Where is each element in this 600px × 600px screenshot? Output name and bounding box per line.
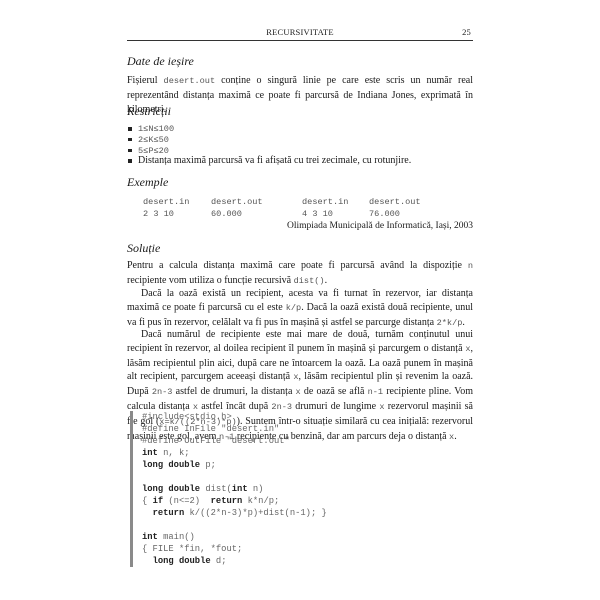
example1-input: desert.in 2 3 10 (143, 196, 189, 220)
restriction-item: 5≤P≤20 (127, 145, 411, 156)
restriction-item: 1≤N≤100 (127, 123, 411, 134)
text: de oază se află (301, 386, 368, 397)
code-line: int main() (142, 531, 482, 543)
heading-examples: Exemple (127, 175, 168, 190)
output-paragraph: Fișierul desert.out conține o singură li… (127, 74, 473, 116)
text: astfel de drumuri, la distanța (172, 386, 295, 397)
solution-paragraph-2: Dacă la oază există un recipient, acesta… (127, 287, 473, 330)
running-title: RECURSIVITATE (127, 27, 473, 37)
code-line: { FILE *fin, *fout; (142, 543, 482, 555)
example2-output: desert.out 76.000 (369, 196, 421, 220)
heading-output: Date de ieșire (127, 54, 194, 69)
restriction-p: 5≤P≤20 (138, 146, 169, 156)
code-line: #define InFile "desert.in" (142, 423, 482, 435)
example-value: 4 3 10 (302, 208, 348, 220)
restriction-item: Distanța maximă parcursă va fi afișată c… (127, 155, 411, 166)
problem-source: Olimpiada Municipală de Informatică, Iaș… (287, 221, 473, 231)
restriction-n: 1≤N≤100 (138, 124, 174, 134)
heading-restrictions: Restricții (127, 104, 171, 119)
solution-paragraph-1: Pentru a calcula distanța maximă care po… (127, 259, 473, 289)
code-line: return k/((2*n-3)*p)+dist(n-1); } (142, 507, 482, 519)
text: Dacă numărul de recipiente este mai mare… (127, 329, 473, 354)
code-inline: k/p (286, 303, 301, 313)
code-line: { if (n<=2) return k*n/p; (142, 495, 482, 507)
code-listing: #include<stdio.h>#define InFile "desert.… (130, 411, 482, 567)
code-line: long double dist(int n) (142, 483, 482, 495)
code-inline: 2n-3 (152, 387, 173, 397)
code-line (142, 471, 482, 483)
text: Fișierul (127, 75, 164, 86)
text: Pentru a calcula distanța maximă care po… (127, 260, 468, 271)
code-inline: n-1 (368, 387, 383, 397)
code-line (142, 519, 482, 531)
example-label: desert.out (211, 196, 263, 208)
text: recipiente vom utiliza o funcție recursi… (127, 275, 294, 286)
code-line: #define OutFile "desert.out" (142, 435, 482, 447)
code-line: long double p; (142, 459, 482, 471)
example-label: desert.in (302, 196, 348, 208)
example2-input: desert.in 4 3 10 (302, 196, 348, 220)
code-inline: n (468, 261, 473, 271)
output-filename: desert.out (164, 76, 216, 86)
code-line: long double d; (142, 555, 482, 567)
text: . (325, 275, 328, 286)
example1-output: desert.out 60.000 (211, 196, 263, 220)
restriction-k: 2≤K≤50 (138, 135, 169, 145)
example-value: 2 3 10 (143, 208, 189, 220)
restriction-item: 2≤K≤50 (127, 134, 411, 145)
text: . (462, 317, 465, 328)
code-line: #include<stdio.h> (142, 411, 482, 423)
code-inline: dist() (294, 276, 325, 286)
example-label: desert.out (369, 196, 421, 208)
page-number: 25 (462, 27, 471, 37)
restriction-precision: Distanța maximă parcursă va fi afișată c… (138, 155, 411, 166)
heading-solution: Soluție (127, 241, 160, 256)
code-line: int n, k; (142, 447, 482, 459)
running-header: RECURSIVITATE 25 (127, 26, 473, 41)
example-label: desert.in (143, 196, 189, 208)
example-value: 76.000 (369, 208, 421, 220)
example-value: 60.000 (211, 208, 263, 220)
restrictions-list: 1≤N≤100 2≤K≤50 5≤P≤20 Distanța maximă pa… (127, 123, 411, 166)
code-inline: 2*k/p (437, 318, 463, 328)
